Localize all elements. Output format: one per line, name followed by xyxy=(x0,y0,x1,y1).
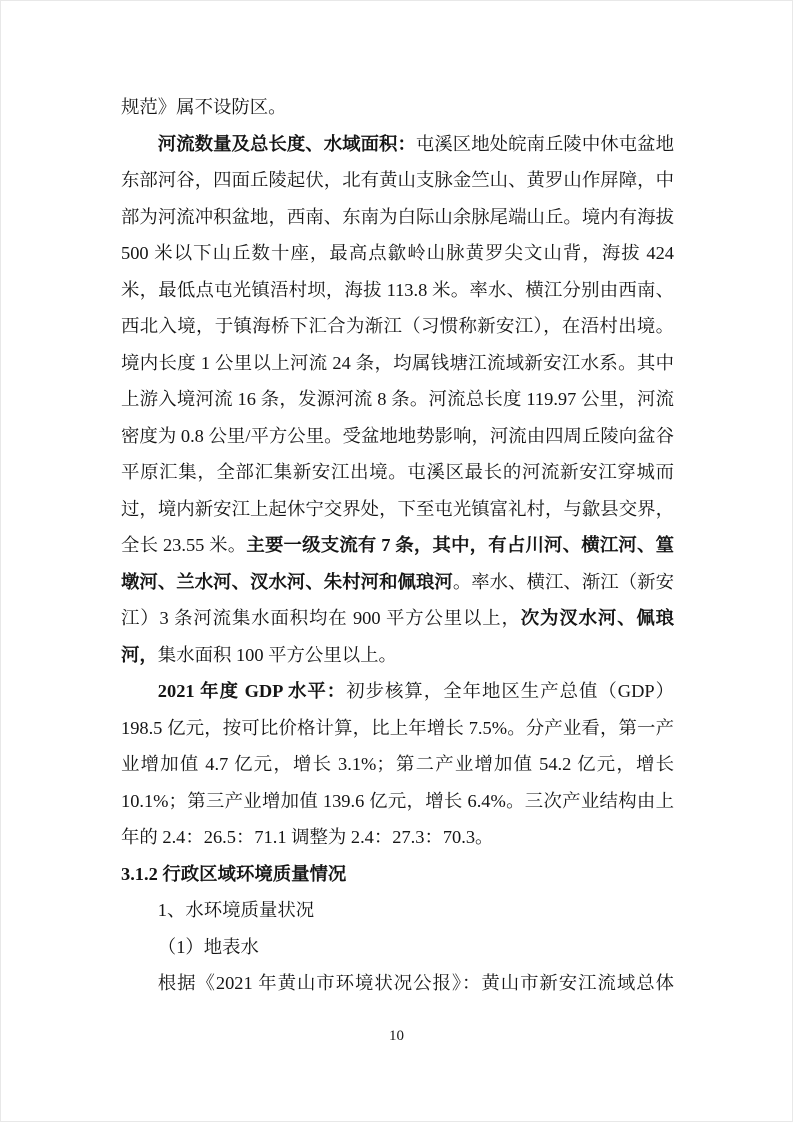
text-segment: 集水面积 100 平方公里以上。 xyxy=(158,645,397,665)
page-number: 10 xyxy=(1,1027,792,1045)
section-heading-3-1-2: 3.1.2 行政区域环境质量情况 xyxy=(121,856,674,893)
paragraph-surface-water: （1）地表水 xyxy=(121,929,674,966)
text-segment: 初步核算，全年地区生产总值（GDP）198.5 亿元，按可比价格计算，比上年增长… xyxy=(121,681,674,847)
text-segment-bold-lead: 2021 年度 GDP 水平： xyxy=(158,681,346,701)
document-body: 规范》属不设防区。 河流数量及总长度、水域面积：屯溪区地处皖南丘陵中休屯盆地东部… xyxy=(121,89,674,1002)
paragraph-water-environment: 1、水环境质量状况 xyxy=(121,892,674,929)
text-segment: 规范》属不设防区。 xyxy=(121,97,287,117)
paragraph-gdp: 2021 年度 GDP 水平：初步核算，全年地区生产总值（GDP）198.5 亿… xyxy=(121,673,674,856)
paragraph-continuation: 规范》属不设防区。 xyxy=(121,89,674,126)
paragraph-rivers: 河流数量及总长度、水域面积：屯溪区地处皖南丘陵中休屯盆地东部河谷，四面丘陵起伏，… xyxy=(121,126,674,674)
paragraph-report-reference: 根据《2021 年黄山市环境状况公报》：黄山市新安江流域总体 xyxy=(121,965,674,1002)
text-segment-bold-lead: 河流数量及总长度、水域面积： xyxy=(158,134,416,154)
text-segment: 屯溪区地处皖南丘陵中休屯盆地东部河谷，四面丘陵起伏，北有黄山支脉金竺山、黄罗山作… xyxy=(121,134,674,556)
document-page: 规范》属不设防区。 河流数量及总长度、水域面积：屯溪区地处皖南丘陵中休屯盆地东部… xyxy=(0,0,793,1122)
